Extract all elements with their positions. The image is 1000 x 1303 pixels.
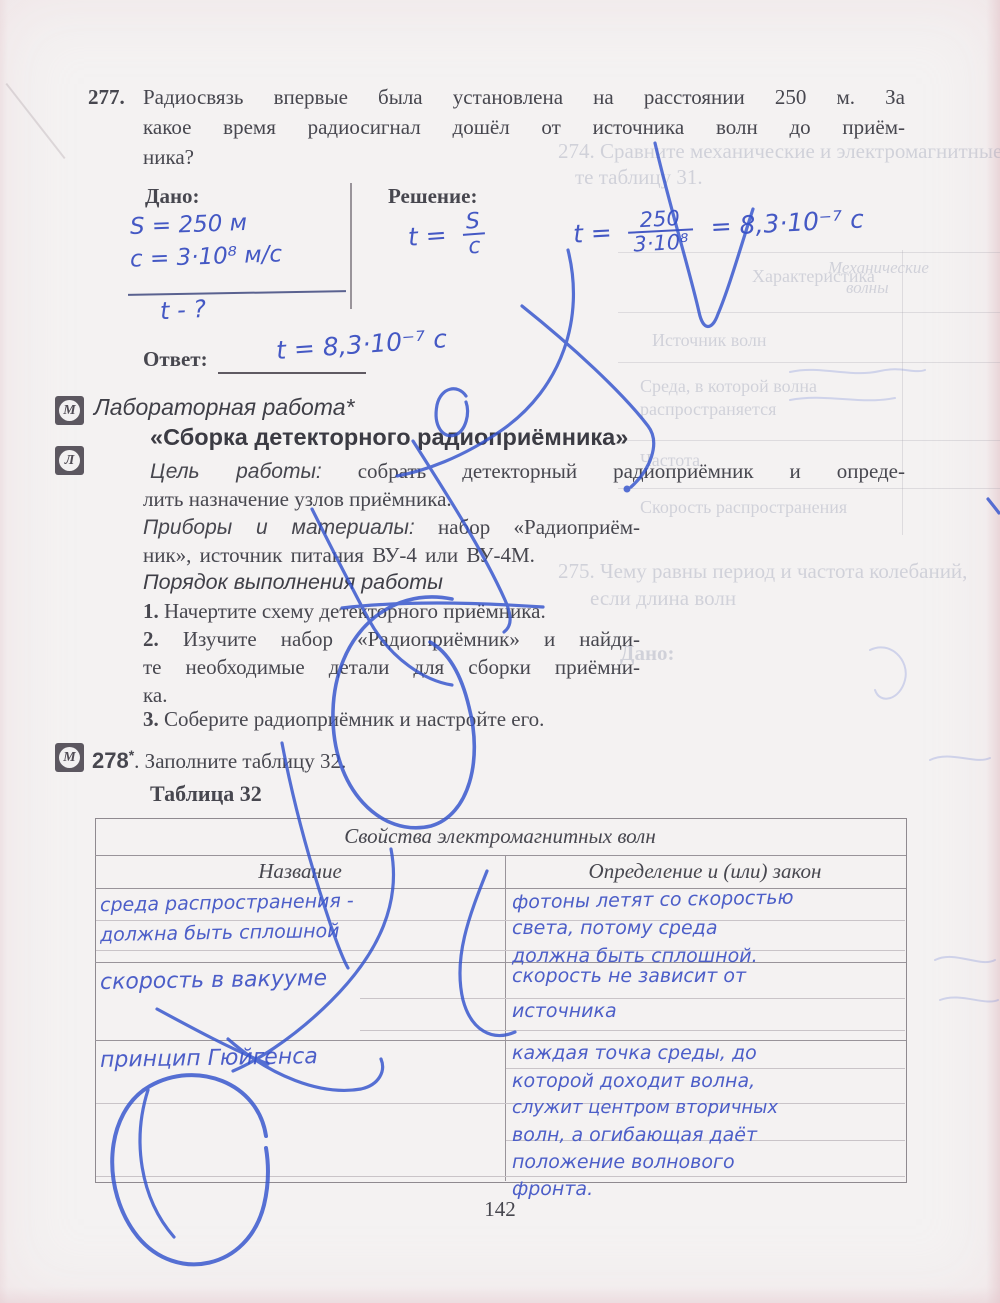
hw-given-s: S = 250 м [130, 210, 248, 240]
scan-edge-bottom [0, 1287, 1000, 1303]
table-row2-def-line1: скорость не зависит от [512, 965, 746, 987]
solution-label: Решение: [388, 183, 477, 210]
lab-materials-line1: Приборы и материалы: набор «Радиоприём- [143, 514, 640, 541]
ghost-problem-274: 274. Сравните механические и электромагн… [558, 138, 1000, 165]
given-solution-divider [350, 183, 352, 309]
workbook-page: 274. Сравните механические и электромагн… [0, 0, 1000, 1303]
ghost-problem-275: 275. Чему равны период и частота колебан… [558, 558, 1000, 585]
table-row2-def-line2: источника [512, 1000, 617, 1022]
writing-line [360, 1030, 905, 1031]
margin-icon-m-278: М [55, 743, 84, 772]
hw-given-c: c = 3·10⁸ м/с [130, 241, 283, 272]
writing-line [96, 920, 905, 921]
problem-277-line2: какое время радиосигнал дошёл от источни… [143, 114, 905, 141]
lab-step-3: 3. Соберите радиоприёмник и настройте ег… [143, 706, 544, 733]
problem-277-number: 277. [88, 84, 125, 111]
problem-278-line: 278*. Заполните таблицу 32. [92, 742, 346, 775]
lab-subtitle: «Сборка детекторного радиоприёмника» [150, 424, 628, 451]
lab-goal-line1: Цель работы: собрать детекторный радиопр… [150, 458, 905, 485]
table-row1-def-line2: света, потому среда [512, 917, 717, 939]
table-row1-name-line2: должна быть сплошной [100, 920, 340, 946]
hw-given-underline [128, 290, 346, 296]
table-row3-def-line5: положение волнового [512, 1151, 735, 1173]
lab-goal-line2: лить назначение узлов приёмника. [143, 486, 452, 513]
lab-step-1: 1. Начертите схему детекторного приёмник… [143, 598, 546, 625]
ghost-scribble [940, 997, 998, 1001]
problem-277-line3: ника? [143, 144, 194, 171]
answer-blank-line [218, 372, 366, 374]
ghost-scribble [930, 756, 990, 760]
lab-materials-lead: Приборы и материалы: [143, 516, 415, 539]
pen-stroke-edge-tick [988, 499, 999, 513]
ghost-table-border-h2 [618, 312, 1000, 313]
ghost-table-border-h4 [618, 440, 1000, 441]
writing-line [96, 1176, 905, 1177]
table-row1-def-line3: должна быть сплошной. [512, 945, 758, 967]
ghost-table-row4: Скорость распространения [640, 497, 847, 518]
ghost-scribble [790, 398, 895, 401]
ghost-table-row2b: распространяется [640, 399, 776, 420]
lab-step-2b: те необходимые детали для сборки приёмни… [143, 654, 640, 681]
problem-278-text: . Заполните таблицу 32. [134, 749, 346, 773]
table-col-def-header: Определение и (или) закон [505, 859, 905, 884]
lab-materials-rest: набор «Радиоприём- [438, 515, 640, 539]
hw-solution-calc: t = 250 3·10⁸ = 8,3·10⁻⁷ с [572, 197, 865, 258]
lab-goal-rest: собрать детекторный радиоприёмник и опре… [358, 459, 905, 483]
writing-line [360, 998, 905, 999]
ghost-table-border-h3 [618, 362, 1000, 363]
hw-sol1-lhs: t = [407, 220, 448, 252]
given-label: Дано: [145, 183, 200, 210]
ghost-table-border-h5 [618, 488, 1000, 489]
scan-edge-left [0, 0, 8, 1303]
problem-278-number: 278 [92, 748, 129, 773]
table-row3-def-line1: каждая точка среды, до [512, 1042, 757, 1064]
ghost-table-border-v [902, 250, 903, 535]
page-number: 142 [460, 1196, 540, 1223]
ghost-table-row1: Источник волн [652, 330, 766, 351]
hw-sol2-lhs: t = [572, 218, 612, 249]
lab-order-title: Порядок выполнения работы [143, 570, 443, 595]
margin-icon-l: Л [55, 446, 84, 475]
ghost-table-row2a: Среда, в которой волна [640, 376, 817, 397]
table-col-name-header: Название [95, 859, 505, 884]
ghost-table-col2a: Механические [828, 258, 929, 278]
hw-sol1-fraction: S c [461, 209, 486, 259]
hw-answer-value: t = 8,3·10⁻⁷ с [275, 324, 448, 365]
table-row3-def-line4: волн, а огибающая даёт [512, 1124, 757, 1146]
hw-sol2-result: = 8,3·10⁻⁷ с [710, 204, 865, 241]
table-row3-def-line3: служит центром вторичных [512, 1097, 778, 1118]
margin-icon-m: М [55, 396, 84, 425]
table-32-caption: Таблица 32 [150, 780, 262, 807]
ghost-scribble [870, 647, 906, 698]
scan-corner-crease [5, 83, 65, 159]
ghost-scribble [935, 957, 995, 962]
table-column-divider [505, 855, 506, 1181]
lab-step-2: 2. Изучите набор «Радиоприёмник» и найди… [143, 626, 640, 653]
ghost-problem-275-line2: если длина волн [590, 585, 736, 612]
hw-given-t: t - ? [159, 295, 206, 325]
table-row2-name-line1: скорость в вакууме [100, 966, 327, 995]
table-row3-name-line1: принцип Гюйгенса [100, 1044, 318, 1073]
table-row2-divider [95, 1040, 906, 1041]
lab-title: Лабораторная работа* [94, 394, 354, 421]
problem-277-line1: Радиосвязь впервые была установлена на р… [143, 84, 905, 111]
hw-solution-formula: t = S c [406, 209, 486, 262]
ghost-scribble [790, 369, 925, 373]
table-title-divider [95, 855, 906, 856]
ghost-problem-274-line2: те таблицу 31. [575, 164, 703, 191]
table-row1-divider [95, 962, 906, 963]
table-row3-def-line2: которой доходит волна, [512, 1070, 755, 1092]
ghost-table-col2b: волны [846, 278, 889, 298]
writing-line [506, 1068, 905, 1069]
writing-line [96, 1103, 905, 1104]
pen-ink-blob [624, 486, 631, 493]
scan-edge-right [986, 0, 1000, 1303]
lab-step-2c: ка. [143, 682, 167, 709]
writing-line [96, 950, 905, 951]
hw-sol2-fraction: 250 3·10⁸ [627, 206, 695, 255]
table-row1-name-line1: среда распространения - [100, 890, 354, 916]
table-title: Свойства электромагнитных волн [95, 824, 905, 849]
lab-goal-lead: Цель работы: [150, 460, 322, 483]
lab-materials-line2: ник», источник питания ВУ-4 или ВУ-4М. [143, 542, 535, 569]
answer-label: Ответ: [143, 346, 208, 373]
